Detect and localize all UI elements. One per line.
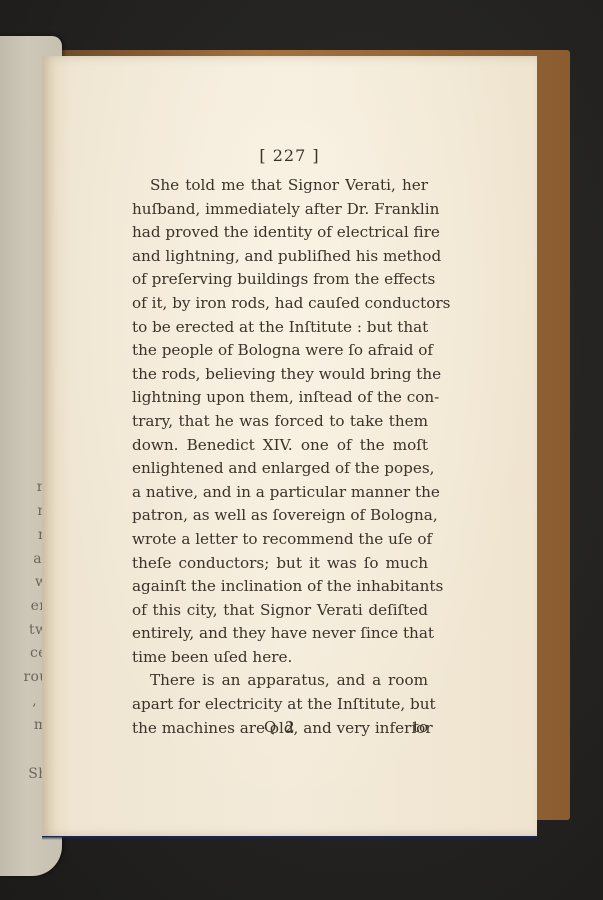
text-line: to be erected at the Inſtitute : but tha…	[132, 316, 428, 340]
text-line: and lightning, and publiſhed his method	[132, 245, 428, 269]
text-line: lightning upon them, inſtead of the con-	[132, 386, 428, 410]
text-line: the rods, believing they would bring the	[132, 363, 428, 387]
catchword: to	[413, 718, 428, 736]
text-line: time been uſed here.	[132, 646, 428, 670]
text-line: huſband, immediately after Dr. Franklin	[132, 198, 428, 222]
page-bottom-edge	[42, 836, 537, 840]
text-line: theſe conductors; but it was ſo much	[132, 552, 428, 576]
text-line: patron, as well as ſovereign of Bologna,	[132, 504, 428, 528]
book-page: [ 227 ] She told me that Signor Verati, …	[42, 56, 537, 836]
text-line: of it, by iron rods, had cauſed conducto…	[132, 292, 428, 316]
text-line: the people of Bologna were ſo afraid of	[132, 339, 428, 363]
text-line: enlightened and enlarged of the popes,	[132, 457, 428, 481]
text-line: There is an apparatus, and a room	[132, 669, 428, 693]
text-line: apart for electricity at the Inſtitute, …	[132, 693, 428, 717]
text-line: had proved the identity of electrical fi…	[132, 221, 428, 245]
text-line: entirely, and they have never ſince that	[132, 622, 428, 646]
text-line: againſt the inclination of the inhabitan…	[132, 575, 428, 599]
text-line: trary, that he was forced to take them	[132, 410, 428, 434]
text-line: a native, and in a particular manner the	[132, 481, 428, 505]
text-line: She told me that Signor Verati, her	[132, 174, 428, 198]
body-text: She told me that Signor Verati, her huſb…	[132, 174, 428, 740]
page-number-header: [ 227 ]	[42, 146, 537, 165]
text-line: of this city, that Signor Verati deſiſte…	[132, 599, 428, 623]
text-line: down. Benedict XIV. one of the moſt	[132, 434, 428, 458]
page-footer: Q 2 to	[132, 718, 428, 740]
text-line: wrote a letter to recommend the uſe of	[132, 528, 428, 552]
text-line: of preſerving buildings from the effects	[132, 268, 428, 292]
signature-mark: Q 2	[264, 718, 297, 736]
